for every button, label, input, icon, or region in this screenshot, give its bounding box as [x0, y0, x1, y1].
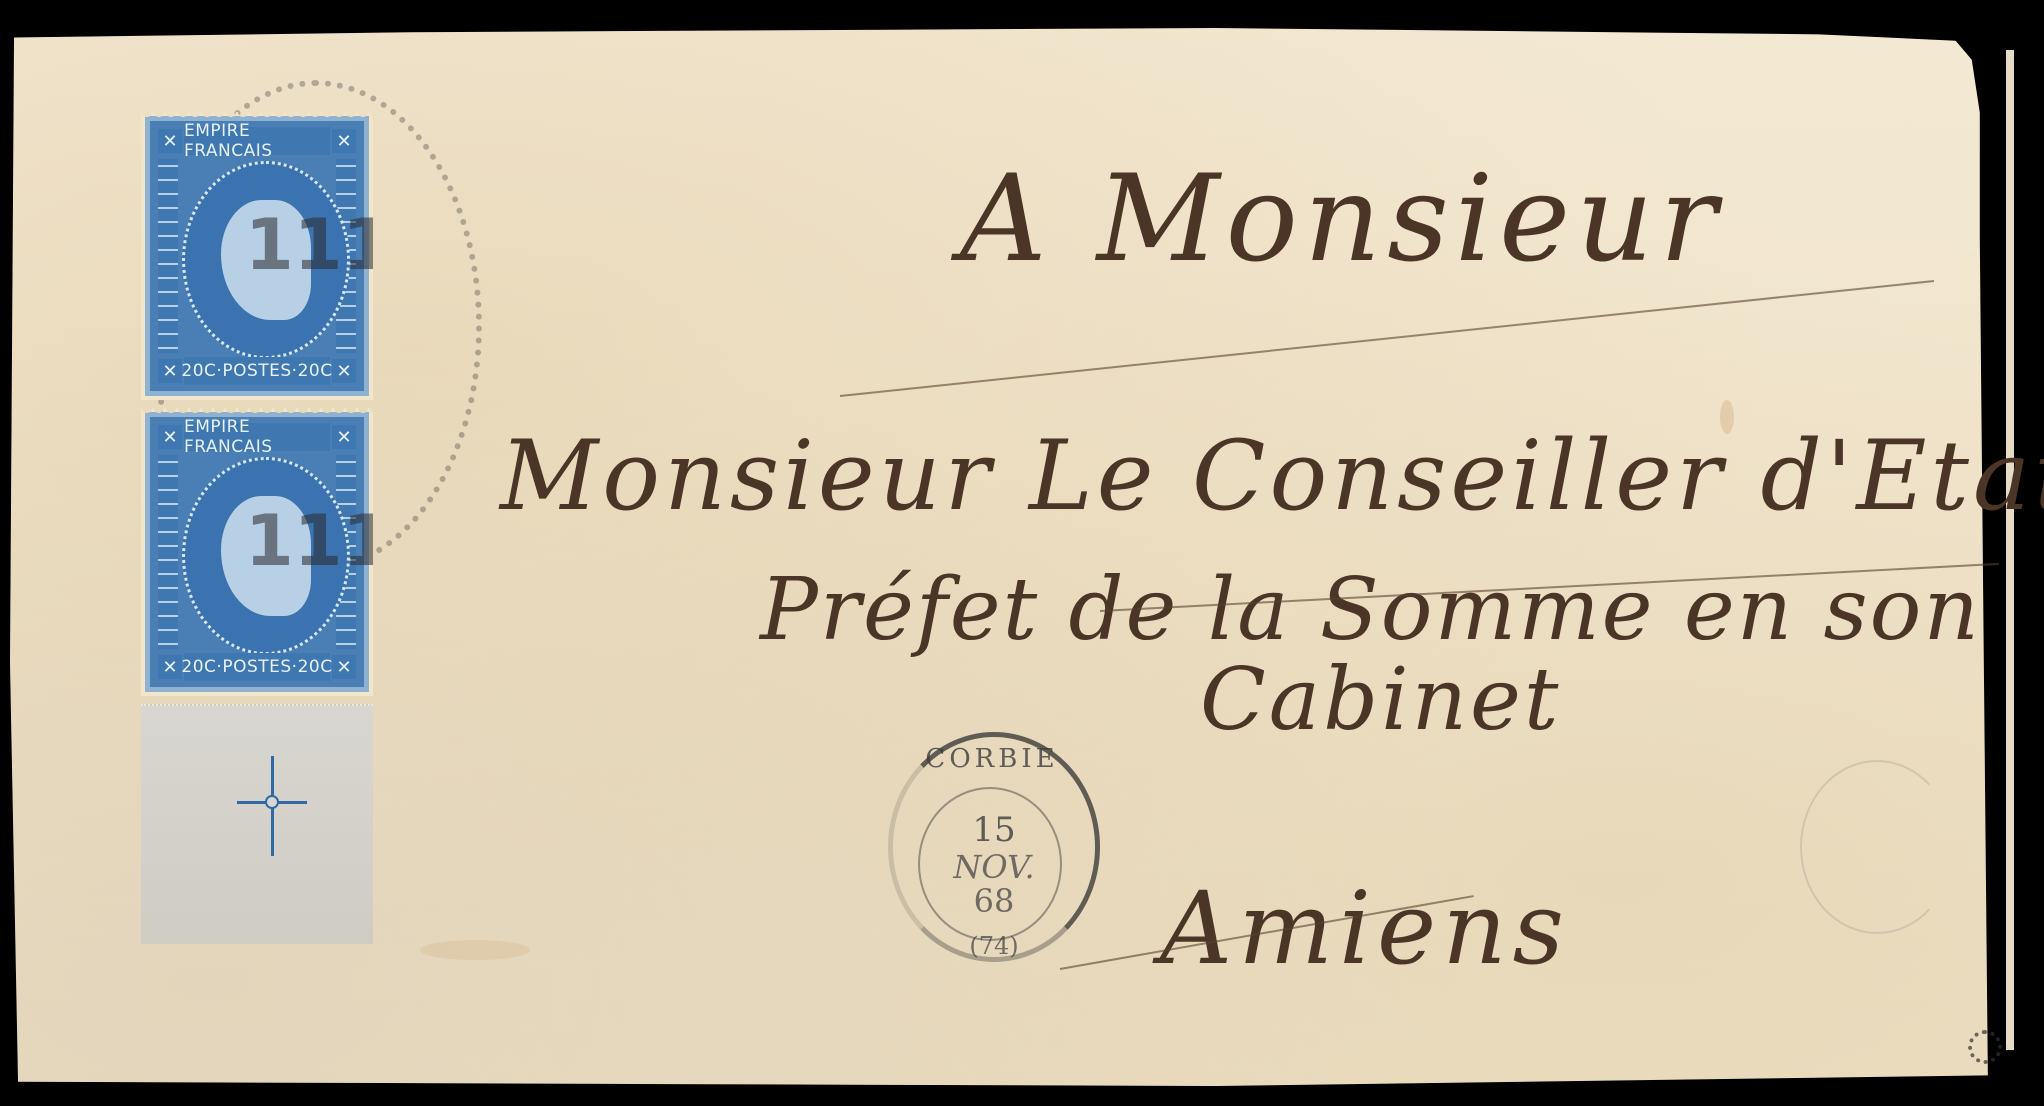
- postmark-department: (74): [888, 932, 1100, 960]
- postmark-month: NOV.: [888, 848, 1100, 886]
- corner-cross-icon: ✕: [158, 359, 182, 383]
- circular-date-stamp: CORBIE 15 NOV. 68 (74): [888, 732, 1100, 962]
- stamp-header: EMPIRE FRANCAIS: [184, 127, 330, 155]
- stamp-footer: 20C·POSTES·20C: [184, 357, 330, 385]
- portrait-medallion: 1116: [182, 161, 350, 359]
- pencil-annotation: [1800, 760, 1954, 934]
- small-dotted-handstamp: [1968, 1030, 2002, 1064]
- address-city: Amiens: [1160, 870, 1570, 987]
- stamp-pair: ✕ ✕ EMPIRE FRANCAIS 1116 20C·POSTES·20C …: [141, 112, 377, 942]
- sheet-margin-selvage: [141, 704, 373, 944]
- corner-cross-icon: ✕: [158, 129, 182, 153]
- stamp-header: EMPIRE FRANCAIS: [184, 423, 330, 451]
- corner-cross-icon: ✕: [332, 359, 356, 383]
- register-cross-icon: [237, 756, 307, 856]
- portrait-medallion: 1116: [182, 457, 350, 655]
- stamp-footer: 20C·POSTES·20C: [184, 653, 330, 681]
- greek-key-border: [158, 455, 178, 649]
- address-salutation: A Monsieur: [960, 150, 1723, 289]
- foxing-stain: [420, 940, 530, 960]
- corner-cross-icon: ✕: [332, 655, 356, 679]
- corner-cross-icon: ✕: [332, 425, 356, 449]
- address-title: Monsieur Le Conseiller d'Etat: [500, 420, 2044, 532]
- address-cabinet: Cabinet: [1200, 650, 1561, 750]
- postmark-town: CORBIE: [902, 744, 1082, 774]
- corner-cross-icon: ✕: [158, 425, 182, 449]
- stamp-lower: ✕ ✕ EMPIRE FRANCAIS 1116 20C·POSTES·20C …: [141, 408, 373, 696]
- stamp-upper: ✕ ✕ EMPIRE FRANCAIS 1116 20C·POSTES·20C …: [141, 112, 373, 400]
- envelope-fold-edge: [2006, 50, 2014, 1050]
- postmark-day: 15: [888, 810, 1100, 850]
- corner-cross-icon: ✕: [332, 129, 356, 153]
- greek-key-border: [158, 159, 178, 353]
- corner-cross-icon: ✕: [158, 655, 182, 679]
- postmark-year: 68: [888, 882, 1100, 920]
